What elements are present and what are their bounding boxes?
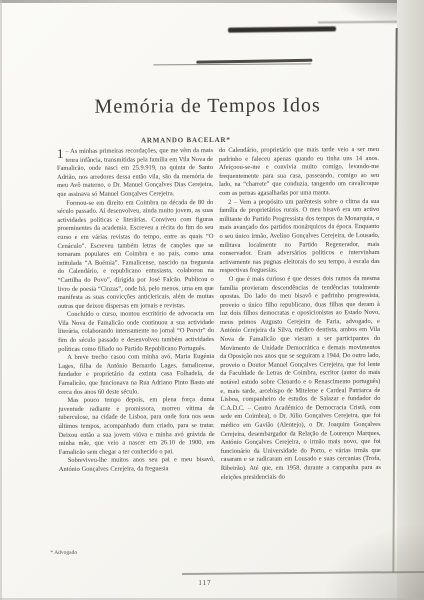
text-columns: 1 – As minhas primeiras recordações, que… [57, 146, 381, 483]
title-ornament-rule-thin [153, 63, 311, 65]
paragraph: O que é mais curioso é que desses dois r… [220, 275, 381, 482]
paragraph: Mas pouco tempo depois, em plena força d… [58, 396, 214, 457]
page-number: 117 [0, 579, 417, 587]
paragraph: 2 – Vem a propósito um parêntesis sobre … [219, 198, 379, 276]
paragraph: do Calendário, proprietário que mais tar… [219, 146, 379, 199]
article-author: ARMANDO BACELAR* [0, 135, 398, 146]
paragraph: A breve trecho casou com minha avó, Mari… [58, 353, 214, 397]
paragraph: Sobreviveu-lhe muitos anos seu pai e meu… [59, 456, 215, 474]
scanned-page: Memória de Tempos Idos ARMANDO BACELAR* … [0, 0, 424, 600]
author-footnote: * Advogado [50, 550, 77, 556]
paragraph: Formou-se em direito em Coimbra na décad… [57, 199, 214, 312]
paragraph: 1 – As minhas primeiras recordações, que… [57, 147, 213, 200]
text-column-left: 1 – As minhas primeiras recordações, que… [57, 147, 215, 483]
paragraph: Concluído o curso, montou escritório de … [58, 310, 214, 354]
page-content: Memória de Tempos Idos ARMANDO BACELAR* … [0, 0, 424, 600]
article-title: Memória de Tempos Idos [1, 94, 424, 120]
text-column-right: do Calendário, proprietário que mais tar… [219, 146, 381, 482]
